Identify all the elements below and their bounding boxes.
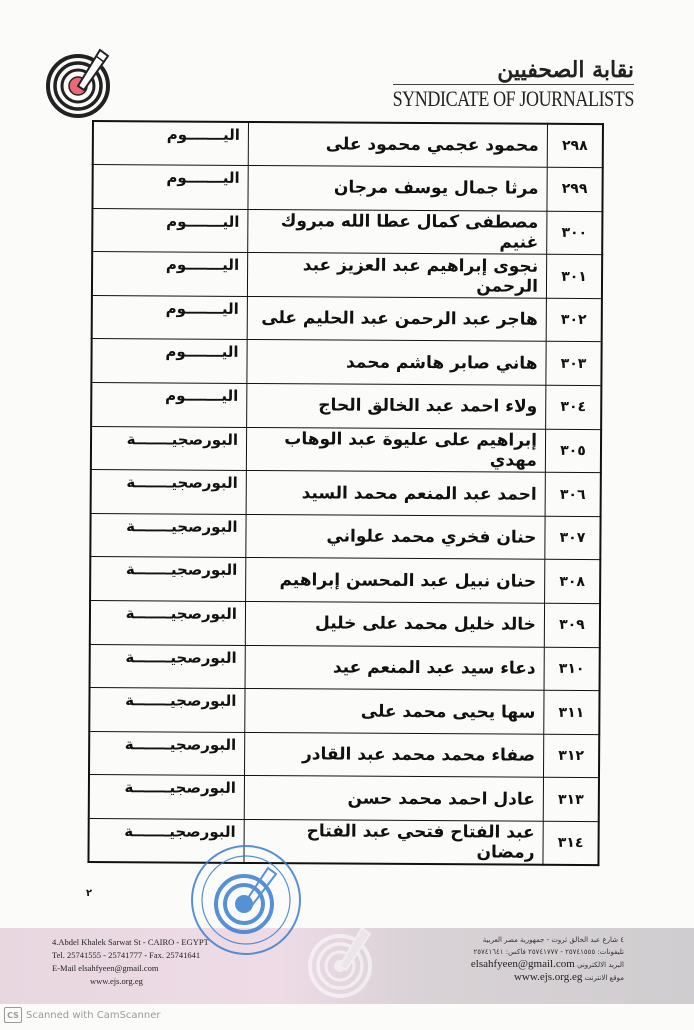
member-section: اليـــــــوم: [92, 165, 248, 210]
member-section: البورصجيـــــــة: [90, 557, 246, 602]
row-number: ٣١٢: [543, 734, 599, 778]
table-row: اليـــــــوممصطفى كمال عطا الله مبروك غن…: [92, 208, 602, 255]
row-number: ٣٠٠: [547, 211, 603, 255]
table-row: البورصجيـــــــةسها يحيى محمد على٣١١: [89, 688, 599, 735]
syndicate-brand: نقابة الصحفيين SYNDICATE OF JOURNALISTS: [393, 58, 634, 107]
row-number: ٣١١: [544, 690, 600, 734]
member-section: البورصجيـــــــة: [90, 513, 246, 558]
row-number: ٣٠٩: [544, 603, 600, 647]
member-name: مصطفى كمال عطا الله مبروك غنيم: [248, 209, 547, 254]
row-number: ٢٩٨: [547, 124, 603, 168]
row-number: ٣٠٨: [545, 560, 601, 604]
member-section: البورصجيـــــــة: [89, 688, 245, 733]
camscanner-text: Scanned with CamScanner: [26, 1010, 161, 1021]
table-row: البورصجيـــــــةصفاء محمد محمد عبد القاد…: [89, 731, 599, 778]
member-name: سها يحيى محمد على: [245, 689, 544, 734]
member-name: حنان فخري محمد علواني: [246, 514, 545, 559]
table-row: البورصجيـــــــةإبراهيم على عليوة عبد ال…: [91, 426, 601, 473]
footer-phones-ar: تليفونات: ٢٥٧٤١٥٥٥ - ٢٥٧٤١٧٧٧ فاكس: ٢٥٧٤…: [471, 946, 624, 958]
member-name: نجوى إبراهيم عبد العزيز عبد الرحمن: [247, 253, 546, 298]
footer-email-ar[interactable]: elsahfyeen@gmail.com: [471, 958, 575, 970]
brand-divider: [393, 84, 634, 85]
member-section: البورصجيـــــــة: [89, 731, 245, 776]
member-section: اليـــــــوم: [91, 383, 247, 428]
member-section: البورصجيـــــــة: [90, 601, 246, 646]
table-row: اليـــــــوممرثا جمال يوسف مرجان٢٩٩: [92, 165, 602, 212]
row-number: ٣٠١: [546, 255, 602, 299]
table-row: البورصجيـــــــةحنان نبيل عبد المحسن إبر…: [90, 557, 600, 604]
member-name: دعاء سيد عبد المنعم عيد: [245, 645, 544, 690]
page-number: ٢: [86, 888, 92, 899]
footer-website-en[interactable]: www.ejs.org.eg: [52, 975, 209, 988]
member-section: البورصجيـــــــة: [90, 644, 246, 689]
row-number: ٣٠٤: [546, 385, 602, 429]
table-row: اليـــــــومهاجر عبد الرحمن عبد الحليم ع…: [92, 295, 602, 342]
member-name: هاجر عبد الرحمن عبد الحليم على: [247, 296, 546, 341]
table-row: البورصجيـــــــةخالد خليل محمد على خليل٣…: [90, 601, 600, 648]
member-section: اليـــــــوم: [92, 208, 248, 253]
footer-email-row: البريد الالكتروني elsahfyeen@gmail.com: [471, 958, 624, 971]
table-row: اليـــــــومولاء احمد عبد الخالق الحاج٣٠…: [91, 383, 601, 430]
official-stamp-icon: [186, 840, 306, 960]
row-number: ٣١٣: [543, 778, 599, 822]
member-name: حنان نبيل عبد المحسن إبراهيم: [246, 558, 545, 603]
row-number: ٣٠٢: [546, 298, 602, 342]
camscanner-watermark: CS Scanned with CamScanner: [4, 1007, 161, 1023]
row-number: ٢٩٩: [547, 167, 603, 211]
row-number: ٣٠٥: [545, 429, 601, 473]
document-page: نقابة الصحفيين SYNDICATE OF JOURNALISTS …: [0, 0, 694, 1030]
member-section: اليـــــــوم: [92, 295, 248, 340]
brand-arabic-name: نقابة الصحفيين: [393, 58, 634, 82]
syndicate-target-logo-icon: [44, 40, 116, 120]
footer-website-ar[interactable]: www.ejs.org.eg: [514, 971, 582, 983]
table-row: البورصجيـــــــةدعاء سيد عبد المنعم عيد٣…: [90, 644, 600, 691]
row-number: ٣١٠: [544, 647, 600, 691]
footer-address-ar: ٤ شارع عبد الخالق ثروت - جمهورية مصر الع…: [471, 934, 624, 946]
member-name: خالد خليل محمد على خليل: [245, 601, 544, 646]
footer-website-row: موقع الانترنت www.ejs.org.eg: [471, 971, 624, 984]
member-section: البورصجيـــــــة: [89, 775, 245, 820]
member-name: إبراهيم على عليوة عبد الوهاب مهدي: [246, 427, 545, 472]
letterhead-footer: 4.Abdel Khalek Sarwat St - CAIRO - EGYPT…: [0, 928, 694, 1004]
member-section: اليـــــــوم: [91, 339, 247, 384]
member-name: ولاء احمد عبد الخالق الحاج: [247, 384, 546, 429]
table-row: البورصجيـــــــةعبد الفتاح فتحي عبد الفت…: [88, 818, 598, 865]
footer-target-logo-icon: [300, 920, 380, 1000]
row-number: ٣٠٣: [546, 342, 602, 386]
brand-english-name: SYNDICATE OF JOURNALISTS: [393, 86, 634, 112]
footer-email-label-ar: البريد الالكتروني: [577, 961, 624, 969]
row-number: ٣٠٧: [545, 516, 601, 560]
member-section: البورصجيـــــــة: [91, 470, 247, 515]
row-number: ٣١٤: [543, 821, 599, 865]
footer-contact-arabic: ٤ شارع عبد الخالق ثروت - جمهورية مصر الع…: [471, 934, 624, 984]
footer-website-label-ar: موقع الانترنت: [585, 974, 624, 982]
table-row: البورصجيـــــــةاحمد عبد المنعم محمد الس…: [91, 470, 601, 517]
member-section: اليـــــــوم: [93, 121, 249, 166]
table-row: اليـــــــومهاني صابر هاشم محمد٣٠٣: [91, 339, 601, 386]
row-number: ٣٠٦: [545, 473, 601, 517]
member-name: هاني صابر هاشم محمد: [247, 340, 546, 385]
member-name: عادل احمد محمد حسن: [244, 776, 543, 821]
member-name: مرثا جمال يوسف مرجان: [248, 166, 547, 211]
camscanner-logo-icon: CS: [4, 1007, 22, 1023]
member-section: اليـــــــوم: [92, 252, 248, 297]
member-section: البورصجيـــــــة: [91, 426, 247, 471]
table-row: البورصجيـــــــةعادل احمد محمد حسن٣١٣: [89, 775, 599, 822]
member-name: صفاء محمد محمد عبد القادر: [244, 732, 543, 777]
table-row: اليـــــــومنجوى إبراهيم عبد العزيز عبد …: [92, 252, 602, 299]
footer-email-en: E-Mail elsahfyeen@gmail.com: [52, 962, 209, 975]
member-name: محمود عجمي محمود على: [248, 122, 547, 167]
member-name: احمد عبد المنعم محمد السيد: [246, 471, 545, 516]
table-row: اليـــــــوممحمود عجمي محمود على٢٩٨: [93, 121, 603, 168]
table-row: البورصجيـــــــةحنان فخري محمد علواني٣٠٧: [90, 513, 600, 560]
members-table: اليـــــــوممحمود عجمي محمود على٢٩٨اليــ…: [87, 120, 604, 866]
